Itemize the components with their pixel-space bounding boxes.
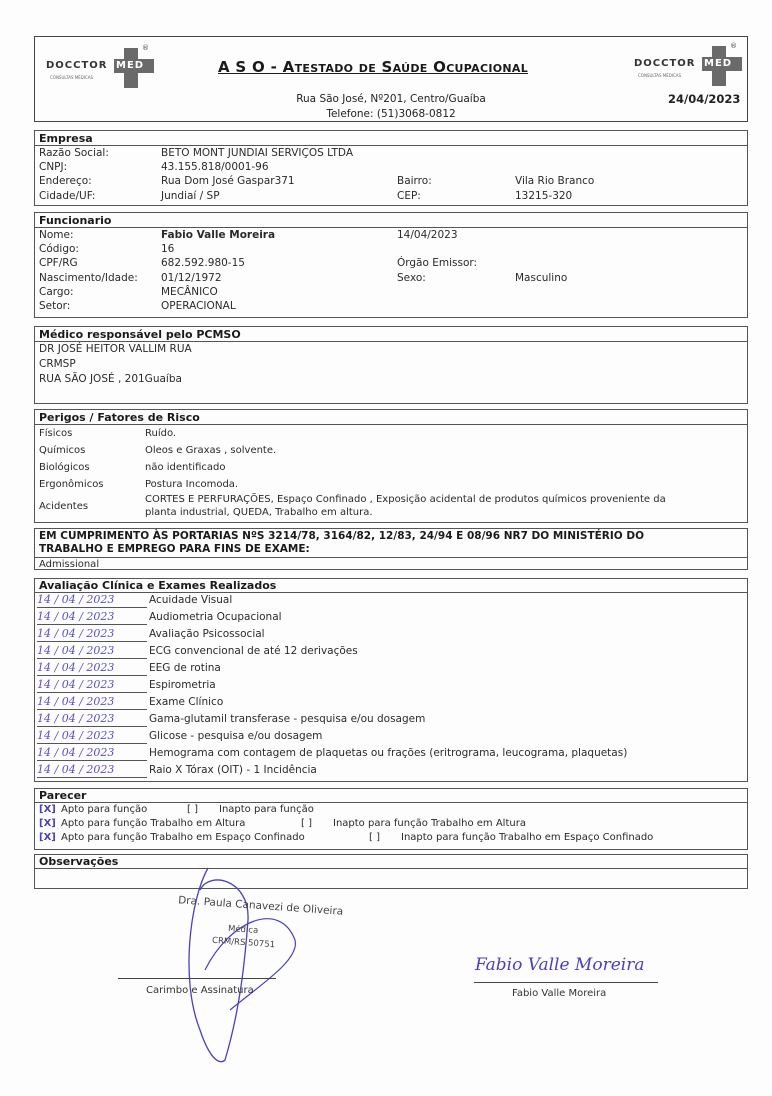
section-riscos: Perigos / Fatores de Risco FísicosRuído.… bbox=[34, 409, 748, 523]
medico-address: RUA SÃO JOSÉ , 201Guaíba bbox=[39, 372, 182, 386]
medico-name: DR JOSÉ HEITOR VALLIM RUA bbox=[39, 342, 192, 356]
clinic-phone: Telefone: (51)3068-0812 bbox=[34, 108, 748, 120]
handwritten-date: 14 / 04 / 2023 bbox=[37, 661, 147, 676]
risk-value: Ruído. bbox=[145, 425, 176, 442]
exam-row: 14 / 04 / 2023Glicose - pesquisa e/ou do… bbox=[35, 729, 747, 746]
section-funcionario: Funcionario Nome:Fabio Valle Moreira14/0… bbox=[34, 212, 748, 318]
portarias-line2: TRABALHO E EMPREGO PARA FINS DE EXAME: bbox=[39, 543, 743, 556]
exam-name: Hemograma com contagem de plaquetas ou f… bbox=[149, 746, 627, 760]
portarias-line1: EM CUMPRIMENTO ÀS PORTARIAS NºS 3214/78,… bbox=[39, 530, 743, 543]
inapto-checkbox[interactable]: [ ] bbox=[187, 803, 198, 817]
field-label: Nome: bbox=[39, 228, 74, 242]
inapto-confinado-checkbox[interactable]: [ ] bbox=[369, 831, 380, 845]
risk-value-line1: CORTES E PERFURAÇÕES, Espaço Confinado ,… bbox=[145, 493, 666, 506]
section-empresa: Empresa Razão Social:BETO MONT JUNDIAI S… bbox=[34, 130, 748, 206]
razao-social-value: BETO MONT JUNDIAI SERVIÇOS LTDA bbox=[161, 146, 353, 160]
field-label: Código: bbox=[39, 242, 79, 256]
risk-label: Físicos bbox=[39, 425, 72, 442]
risk-label: Biológicos bbox=[39, 459, 90, 476]
exam-name: Acuidade Visual bbox=[149, 593, 232, 607]
field-label: Cargo: bbox=[39, 285, 74, 299]
doctor-signature-scribble bbox=[150, 860, 350, 1080]
handwritten-date: 14 / 04 / 2023 bbox=[37, 746, 147, 761]
exam-row: 14 / 04 / 2023ECG convencional de até 12… bbox=[35, 644, 747, 661]
registered-icon: ® bbox=[730, 42, 737, 50]
logo-subtitle: CONSULTAS MÉDICAS bbox=[50, 75, 93, 80]
exam-type: Admissional bbox=[39, 558, 99, 572]
exam-row: 14 / 04 / 2023Audiometria Ocupacional bbox=[35, 610, 747, 627]
handwritten-date: 14 / 04 / 2023 bbox=[37, 593, 147, 608]
field-label: CEP: bbox=[397, 189, 421, 203]
exam-name: Glicose - pesquisa e/ou dosagem bbox=[149, 729, 322, 743]
logo-word-med: MED bbox=[704, 58, 732, 69]
field-label: Setor: bbox=[39, 299, 70, 313]
field-label: Endereço: bbox=[39, 174, 92, 188]
field-label: Nascimento/Idade: bbox=[39, 271, 138, 285]
apto-label: Apto para função Trabalho em Altura bbox=[61, 817, 245, 831]
employee-signature: Fabio Valle Moreira bbox=[475, 955, 644, 975]
logo-right: DOCCTOR MED CONSULTAS MÉDICAS ® bbox=[634, 40, 752, 90]
codigo-value: 16 bbox=[161, 242, 174, 256]
registered-icon: ® bbox=[142, 44, 149, 52]
section-portarias: EM CUMPRIMENTO ÀS PORTARIAS NºS 3214/78,… bbox=[34, 528, 748, 570]
cpf-value: 682.592.980-15 bbox=[161, 256, 245, 270]
exam-name: Gama-glutamil transferase - pesquisa e/o… bbox=[149, 712, 425, 726]
exam-name: EEG de rotina bbox=[149, 661, 221, 675]
cnpj-value: 43.155.818/0001-96 bbox=[161, 160, 269, 174]
cidade-value: Jundiaí / SP bbox=[161, 189, 220, 203]
exam-list: 14 / 04 / 2023Acuidade Visual 14 / 04 / … bbox=[35, 593, 747, 780]
clinic-address: Rua São José, Nº201, Centro/Guaíba bbox=[34, 93, 748, 105]
exam-name: Espirometria bbox=[149, 678, 216, 692]
logo-word-med: MED bbox=[116, 60, 144, 71]
medico-crm: CRMSP bbox=[39, 357, 76, 371]
issue-date: 24/04/2023 bbox=[668, 92, 740, 106]
bairro-value: Vila Rio Branco bbox=[515, 174, 594, 188]
section-observacoes: Observações bbox=[34, 854, 748, 889]
exam-name: ECG convencional de até 12 derivações bbox=[149, 644, 358, 658]
field-label: Órgão Emissor: bbox=[397, 256, 477, 270]
exam-name: Audiometria Ocupacional bbox=[149, 610, 282, 624]
handwritten-date: 14 / 04 / 2023 bbox=[37, 678, 147, 693]
apto-checkbox[interactable]: [X] bbox=[39, 803, 56, 817]
section-parecer: Parecer [X]Apto para função[ ]Inapto par… bbox=[34, 788, 748, 850]
inapto-altura-checkbox[interactable]: [ ] bbox=[301, 817, 312, 831]
signature-line-right bbox=[474, 982, 658, 983]
apto-altura-checkbox[interactable]: [X] bbox=[39, 817, 56, 831]
exam-row: 14 / 04 / 2023Raio X Tórax (OIT) - 1 Inc… bbox=[35, 763, 747, 780]
risk-label: Ergonômicos bbox=[39, 476, 104, 493]
cargo-value: MECÂNICO bbox=[161, 285, 218, 299]
exam-name: Exame Clínico bbox=[149, 695, 223, 709]
risk-value-line2: planta industrial, QUEDA, Trabalho em al… bbox=[145, 506, 373, 519]
exam-name: Avaliação Psicossocial bbox=[149, 627, 265, 641]
employee-name: Fabio Valle Moreira bbox=[161, 228, 275, 242]
section-title: Funcionario bbox=[35, 213, 747, 228]
exam-row: 14 / 04 / 2023Espirometria bbox=[35, 678, 747, 695]
exam-name: Raio X Tórax (OIT) - 1 Incidência bbox=[149, 763, 317, 777]
exam-row: 14 / 04 / 2023Gama-glutamil transferase … bbox=[35, 712, 747, 729]
section-title: Empresa bbox=[35, 131, 747, 146]
employee-date: 14/04/2023 bbox=[397, 228, 458, 242]
endereco-value: Rua Dom José Gaspar371 bbox=[161, 174, 295, 188]
risk-value: Postura Incomoda. bbox=[145, 476, 238, 493]
handwritten-date: 14 / 04 / 2023 bbox=[37, 763, 147, 778]
apto-confinado-checkbox[interactable]: [X] bbox=[39, 831, 56, 845]
logo-word-doctor: DOCCTOR bbox=[46, 60, 108, 71]
section-title: Avaliação Clínica e Exames Realizados bbox=[35, 579, 747, 593]
section-title: Parecer bbox=[35, 789, 747, 803]
observacoes-text bbox=[35, 869, 747, 887]
section-exames: Avaliação Clínica e Exames Realizados 14… bbox=[34, 578, 748, 782]
section-medico: Médico responsável pelo PCMSO DR JOSÉ HE… bbox=[34, 326, 748, 404]
inapto-label: Inapto para função Trabalho em Espaço Co… bbox=[401, 831, 653, 845]
stamp-caption: Carimbo e Assinatura bbox=[146, 985, 254, 996]
exam-row: 14 / 04 / 2023Acuidade Visual bbox=[35, 593, 747, 610]
cep-value: 13215-320 bbox=[515, 189, 572, 203]
logo-word-doctor: DOCCTOR bbox=[634, 58, 696, 69]
field-label: CNPJ: bbox=[39, 160, 67, 174]
apto-label: Apto para função bbox=[61, 803, 147, 817]
document-title: A S O - Atestado de Saúde Ocupacional bbox=[218, 58, 528, 76]
apto-label: Apto para função Trabalho em Espaço Conf… bbox=[61, 831, 305, 845]
field-label: Sexo: bbox=[397, 271, 426, 285]
risk-label: Acidentes bbox=[39, 500, 88, 513]
handwritten-date: 14 / 04 / 2023 bbox=[37, 644, 147, 659]
portarias-heading: EM CUMPRIMENTO ÀS PORTARIAS NºS 3214/78,… bbox=[35, 529, 747, 558]
sexo-value: Masculino bbox=[515, 271, 567, 285]
setor-value: OPERACIONAL bbox=[161, 299, 236, 313]
section-title: Observações bbox=[35, 855, 747, 869]
section-title: Perigos / Fatores de Risco bbox=[35, 410, 747, 425]
exam-row: 14 / 04 / 2023Hemograma com contagem de … bbox=[35, 746, 747, 763]
field-label: CPF/RG bbox=[39, 256, 78, 270]
field-label: Bairro: bbox=[397, 174, 432, 188]
risk-value: não identificado bbox=[145, 459, 225, 476]
handwritten-date: 14 / 04 / 2023 bbox=[37, 627, 147, 642]
nascimento-value: 01/12/1972 bbox=[161, 271, 222, 285]
inapto-label: Inapto para função bbox=[219, 803, 314, 817]
logo-left: DOCCTOR MED CONSULTAS MÉDICAS ® bbox=[46, 42, 164, 92]
risk-value: Oleos e Graxas , solvente. bbox=[145, 442, 276, 459]
field-label: Cidade/UF: bbox=[39, 189, 95, 203]
handwritten-date: 14 / 04 / 2023 bbox=[37, 695, 147, 710]
exam-row: 14 / 04 / 2023EEG de rotina bbox=[35, 661, 747, 678]
field-label: Razão Social: bbox=[39, 146, 109, 160]
stamp-role: Médica bbox=[228, 924, 259, 936]
section-title: Médico responsável pelo PCMSO bbox=[35, 327, 747, 342]
employee-caption: Fabio Valle Moreira bbox=[512, 988, 606, 999]
inapto-label: Inapto para função Trabalho em Altura bbox=[333, 817, 526, 831]
handwritten-date: 14 / 04 / 2023 bbox=[37, 610, 147, 625]
signature-line-left bbox=[118, 978, 276, 979]
handwritten-date: 14 / 04 / 2023 bbox=[37, 712, 147, 727]
exam-row: 14 / 04 / 2023Exame Clínico bbox=[35, 695, 747, 712]
logo-subtitle: CONSULTAS MÉDICAS bbox=[638, 73, 681, 78]
exam-row: 14 / 04 / 2023Avaliação Psicossocial bbox=[35, 627, 747, 644]
handwritten-date: 14 / 04 / 2023 bbox=[37, 729, 147, 744]
risk-label: Químicos bbox=[39, 442, 85, 459]
